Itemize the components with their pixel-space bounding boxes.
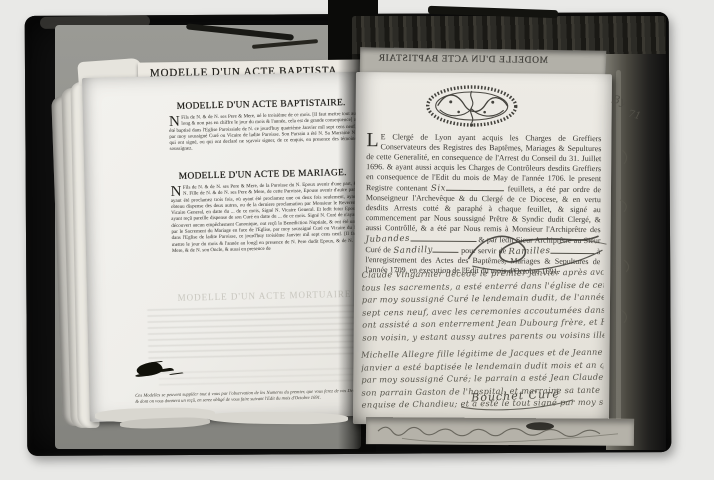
- corner-handwritten-mark: By: [611, 93, 628, 109]
- blank-line: [446, 183, 504, 192]
- handwritten-parish-name: Sandilly: [393, 245, 433, 256]
- blank-line: [433, 245, 459, 253]
- baptism-model-text: NFils de N. & de N. ses Pere & Mere, né …: [169, 112, 357, 154]
- footnote-text: Ces Modelles se peuvent suppléer tout à …: [135, 388, 364, 404]
- left-page: MODELLE D'UN ACTE BAPTISTAIRE. NFils de …: [82, 72, 371, 422]
- dropcap-n: N: [169, 116, 182, 128]
- dropcap-n: N: [170, 186, 183, 198]
- marriage-body: Fils de N. & de N. ses Pere & Mere, de l…: [171, 182, 359, 254]
- entry-line: son voisin, y estant aussy autres parent…: [362, 329, 604, 345]
- ghost-paragraph-bleedthrough: [159, 368, 358, 389]
- marriage-model-text: NFils de N. & de N. ses Pere & Mere, de …: [170, 182, 359, 255]
- mortuary-model-ghost-heading: MODELLE D'UN ACTE MORTUAIRE: [167, 289, 362, 303]
- ghost-paragraph-bleedthrough: [147, 305, 359, 364]
- underlying-page-strip: [366, 417, 634, 446]
- mirrored-heading: MODELLE D'UN ACTE BAPTISTAIR: [378, 54, 548, 66]
- fore-edge-marks-icon: [612, 140, 652, 350]
- right-page: LE Clergé de Lyon ayant acquis les Charg…: [353, 72, 612, 426]
- marriage-model-heading: MODELLE D'UN ACTE DE MARIAGE.: [164, 168, 361, 182]
- printer-ornament-stamp-icon: [424, 83, 520, 130]
- scanned-register-page: MODELLE D'UN ACTE BAPTISTA MODELLE D'UN …: [0, 0, 714, 480]
- dropcap-l: L: [366, 132, 380, 149]
- handwritten-fill-six: Six: [431, 184, 446, 194]
- handwritten-entry-1: Claude Vingarnier décédé le premier janv…: [362, 266, 605, 345]
- underlying-handwriting-icon: [372, 419, 628, 445]
- baptism-model-heading: MODELLE D'UN ACTE BAPTISTAIRE.: [163, 98, 360, 112]
- handwritten-archpriest-name: Jubandes: [365, 234, 410, 245]
- curate-signature-swash-icon: [457, 395, 577, 414]
- baptism-body: Fils de N. & de N. ses Pere & Mere, né l…: [169, 112, 356, 153]
